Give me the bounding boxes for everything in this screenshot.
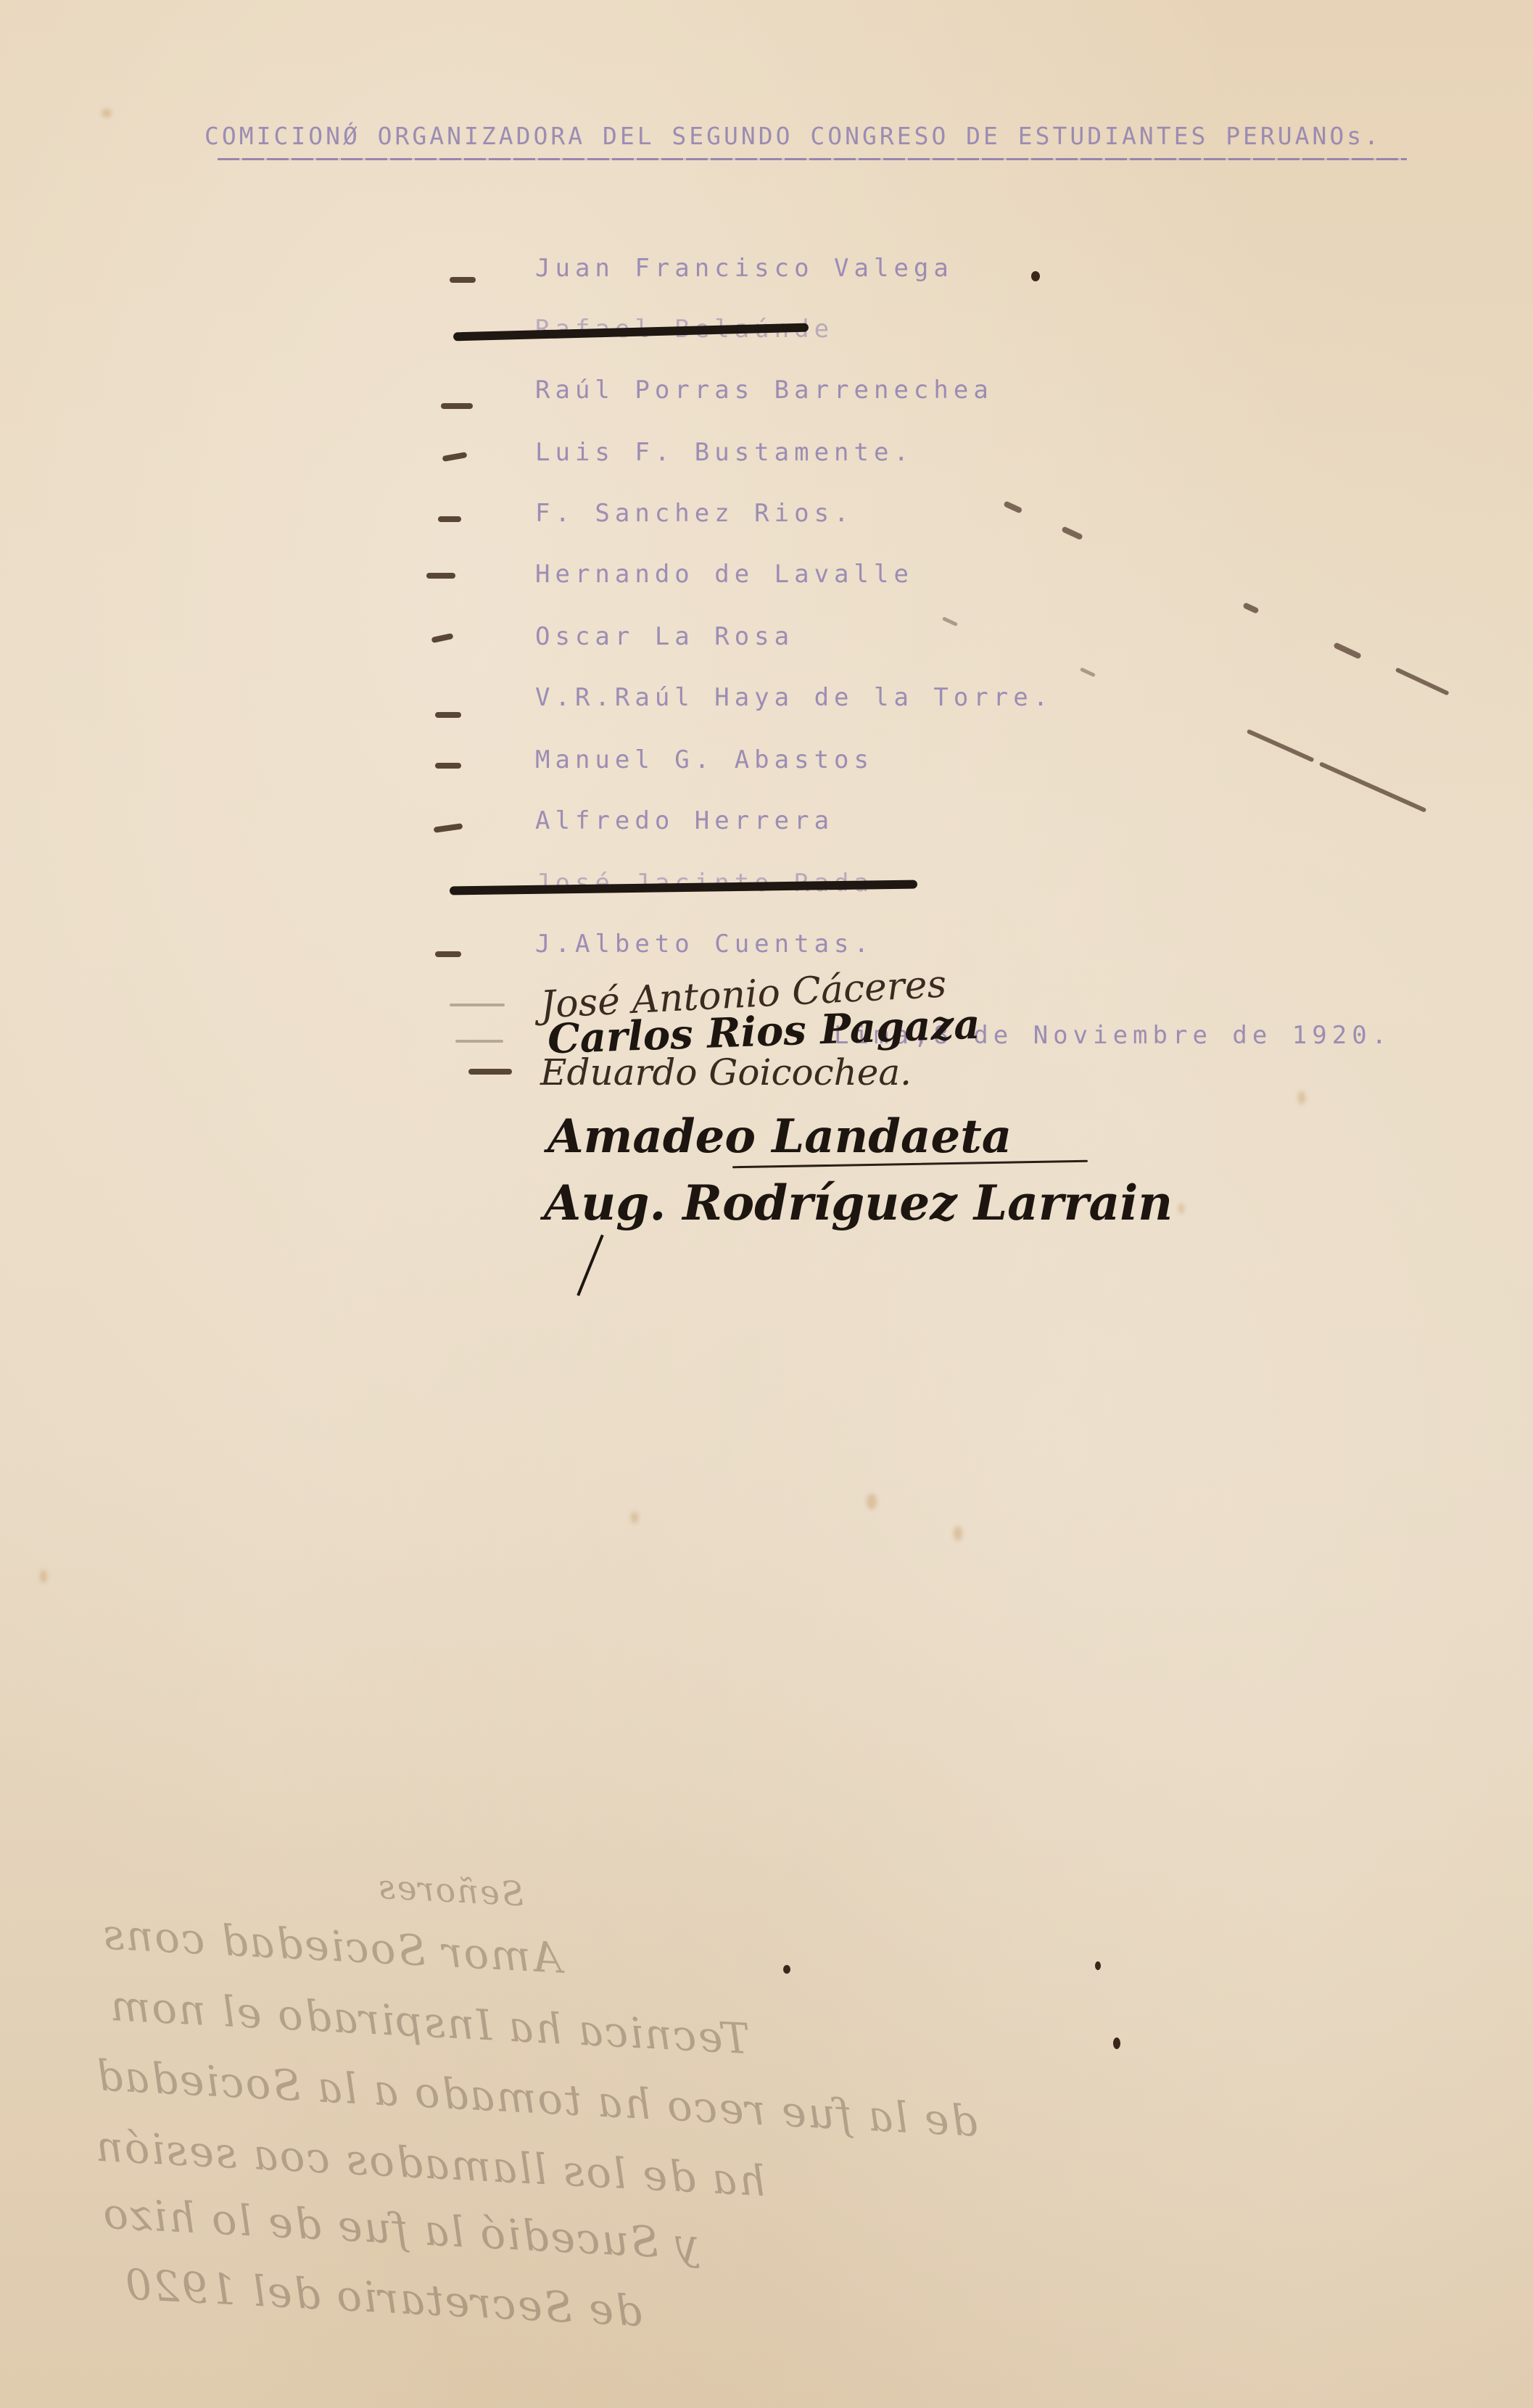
document-header: COMICIONǾ ORGANIZADORA DEL SEGUNDO CONGR… (204, 122, 1381, 150)
check-dash (468, 1069, 512, 1075)
stain-mark (954, 1526, 962, 1541)
signature: Eduardo Goicochea. (540, 1051, 912, 1093)
stain-mark (102, 109, 112, 117)
member-name: Raúl Porras Barrenechea (535, 376, 993, 405)
stain-mark (1298, 1091, 1305, 1104)
member-name: Alfredo Herrera (535, 806, 834, 835)
check-dash (441, 403, 473, 409)
ink-dot (783, 1965, 790, 1974)
check-dash (450, 277, 476, 283)
signature: Aug. Rodríguez Larrain (544, 1175, 1173, 1231)
check-dash (426, 573, 455, 579)
ink-dot (1031, 271, 1040, 281)
member-name: Juan Francisco Valega (535, 254, 954, 283)
header-underline (218, 158, 1407, 160)
ink-dot (1113, 2037, 1120, 2049)
check-dash-faint (450, 1004, 505, 1006)
member-name: J.Albeto Cuentas. (535, 930, 874, 959)
member-name: Manuel G. Abastos (535, 745, 874, 774)
member-name: Hernando de Lavalle (535, 560, 914, 589)
check-dash (435, 951, 461, 957)
member-name: Oscar La Rosa (535, 622, 794, 651)
check-dash (435, 763, 461, 769)
member-name: V.R.Raúl Haya de la Torre. (535, 683, 1053, 712)
check-dash (435, 712, 461, 718)
stain-mark (631, 1512, 638, 1523)
member-name: Luis F. Bustamente. (535, 438, 914, 467)
bleed-line: Señores (376, 1867, 525, 1914)
signature: Amadeo Landaeta (547, 1109, 1012, 1164)
stain-mark (40, 1570, 47, 1583)
stain-mark (1178, 1204, 1184, 1214)
stain-mark (867, 1494, 877, 1510)
ink-dot (1095, 1961, 1101, 1970)
check-dash (438, 516, 461, 522)
member-name: F. Sanchez Rios. (535, 499, 854, 528)
check-dash-faint (455, 1040, 503, 1043)
